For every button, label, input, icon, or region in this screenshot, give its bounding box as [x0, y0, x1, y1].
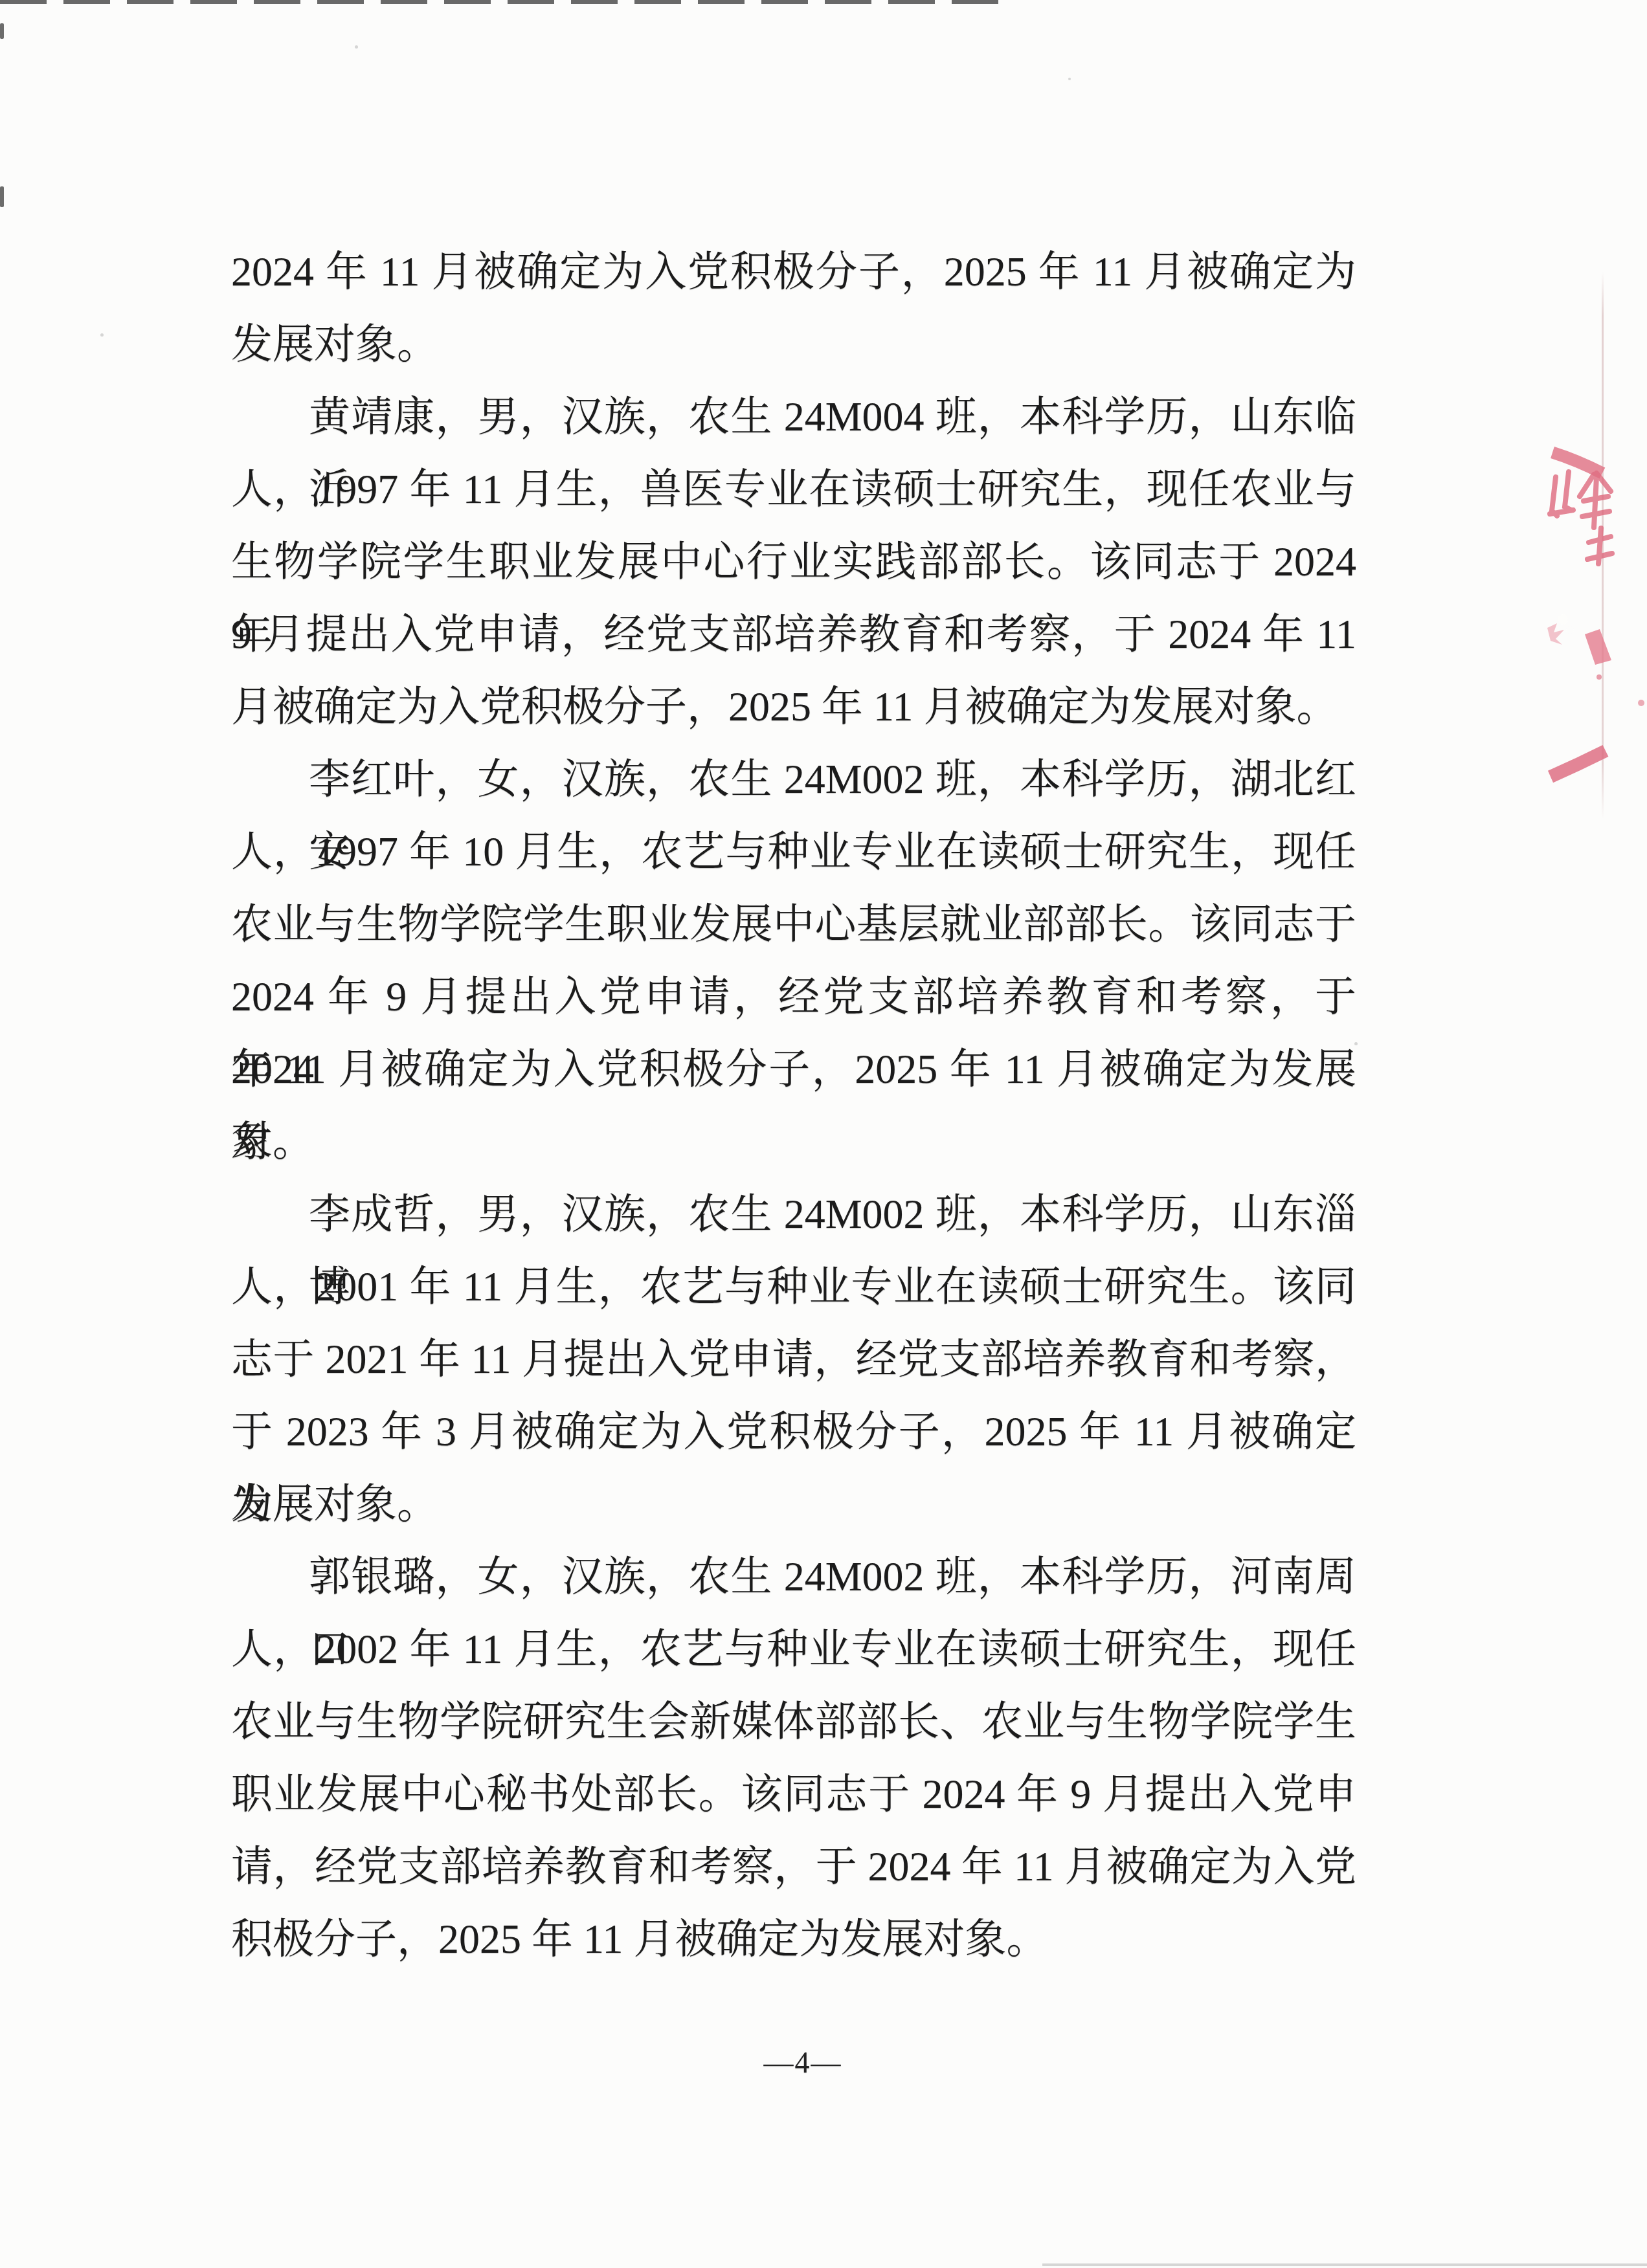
- seal-arc-bottom: [1551, 751, 1606, 777]
- text-line: 发展对象。: [231, 308, 1356, 381]
- text-line: 象。: [231, 1106, 1356, 1178]
- scan-speck: [1068, 78, 1071, 80]
- scan-artifact-bottom-edge: [1042, 2263, 1647, 2266]
- scan-speck: [100, 333, 104, 337]
- document-body: 2024 年 11 月被确定为入党积极分子，2025 年 11 月被确定为 发展…: [231, 236, 1356, 1975]
- scan-artifact-left-tick: [0, 23, 4, 39]
- text-line: 9 月提出入党申请，经党支部培养教育和考察，于 2024 年 11: [231, 598, 1356, 671]
- text-line: 李成哲，男，汉族，农生 24M002 班，本科学历，山东淄博: [231, 1178, 1356, 1251]
- seal-ink-speck: [1638, 700, 1644, 706]
- text-line: 月被确定为入党积极分子，2025 年 11 月被确定为发展对象。: [231, 671, 1356, 743]
- text-line: 李红叶，女，汉族，农生 24M002 班，本科学历，湖北红安: [231, 743, 1356, 816]
- text-line: 郭银璐，女，汉族，农生 24M002 班，本科学历，河南周口: [231, 1540, 1356, 1613]
- text-line: 请，经党支部培养教育和考察，于 2024 年 11 月被确定为入党: [231, 1830, 1356, 1903]
- scan-speck: [355, 45, 358, 49]
- official-seal-stamp: [1534, 372, 1647, 793]
- hammer-and-sickle-icon: [1545, 557, 1611, 665]
- text-line: 志于 2021 年 11 月提出入党申请，经党支部培养教育和考察，: [231, 1323, 1356, 1395]
- text-line: 积极分子，2025 年 11 月被确定为发展对象。: [231, 1903, 1356, 1975]
- seal-text-fragment: [1550, 472, 1612, 564]
- scan-artifact-top-edge: [0, 0, 1010, 4]
- text-line: 人，1997 年 10 月生，农艺与种业专业在读硕士研究生，现任: [231, 816, 1356, 888]
- text-line: 年 11 月被确定为入党积极分子，2025 年 11 月被确定为发展对: [231, 1033, 1356, 1106]
- text-line: 职业发展中心秘书处部长。该同志于 2024 年 9 月提出入党申: [231, 1758, 1356, 1830]
- text-line: 人，2001 年 11 月生，农艺与种业专业在读硕士研究生。该同: [231, 1251, 1356, 1323]
- text-line: 于 2023 年 3 月被确定为入党积极分子，2025 年 11 月被确定为: [231, 1395, 1356, 1468]
- text-line: 黄靖康，男，汉族，农生 24M004 班，本科学历，山东临沂: [231, 381, 1356, 453]
- text-line: 2024 年 9 月提出入党申请，经党支部培养教育和考察，于 2024: [231, 961, 1356, 1033]
- seal-ink-sparkle: [1547, 623, 1564, 645]
- text-line: 农业与生物学院研究生会新媒体部部长、农业与生物学院学生: [231, 1685, 1356, 1758]
- text-line: 农业与生物学院学生职业发展中心基层就业部部长。该同志于: [231, 888, 1356, 961]
- seal-ink-speck: [1597, 674, 1602, 680]
- text-line: 生物学院学生职业发展中心行业实践部部长。该同志于 2024 年: [231, 526, 1356, 598]
- scan-artifact-left-tick: [0, 186, 4, 207]
- sickle-handle: [1585, 629, 1611, 665]
- text-line: 发展对象。: [231, 1468, 1356, 1540]
- seal-graphic: [1534, 372, 1647, 793]
- seal-arc-top: [1552, 452, 1602, 473]
- document-page: 2024 年 11 月被确定为入党积极分子，2025 年 11 月被确定为 发展…: [0, 0, 1647, 2268]
- page-number: —4—: [0, 2045, 1606, 2080]
- text-line: 人，2002 年 11 月生，农艺与种业专业在读硕士研究生，现任: [231, 1613, 1356, 1685]
- text-line: 2024 年 11 月被确定为入党积极分子，2025 年 11 月被确定为: [231, 236, 1356, 308]
- text-line: 人，1997 年 11 月生，兽医专业在读硕士研究生，现任农业与: [231, 453, 1356, 526]
